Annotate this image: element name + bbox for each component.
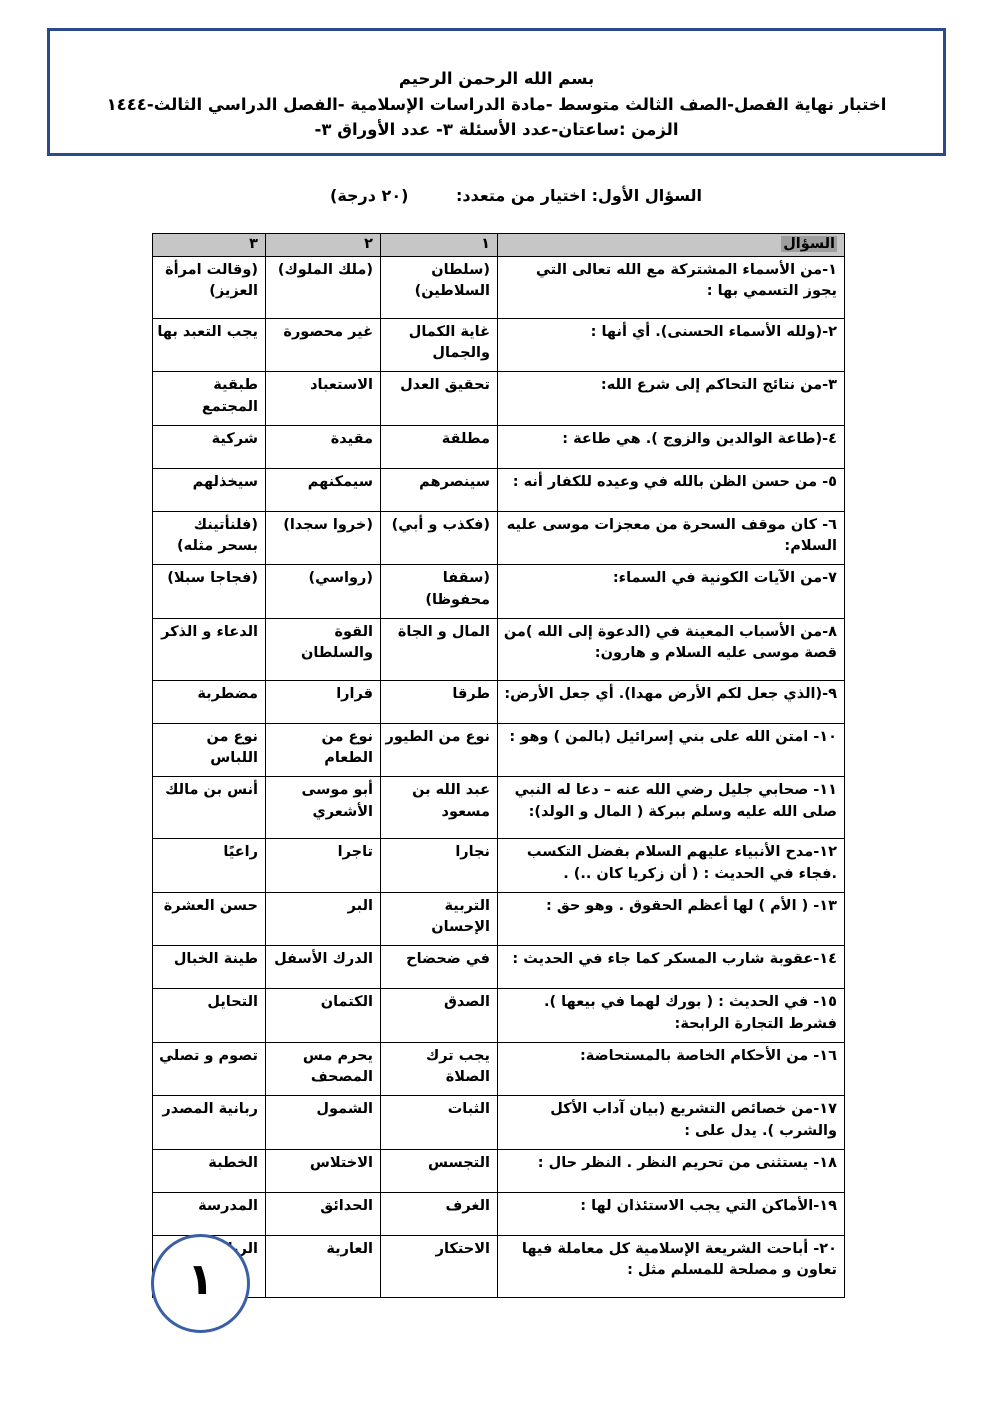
question-row: ٤-(طاعة الوالدين والزوج ). هي طاعة : مطل… <box>153 425 845 468</box>
column-header-question: السؤال <box>498 234 845 257</box>
question-cell: ٢٠- أباحت الشريعة الإسلامية كل معاملة في… <box>498 1235 845 1297</box>
question-cell: ٨-من الأسباب المعينة في (الدعوة إلى الله… <box>498 618 845 680</box>
question-cell: ١٩-الأماكن التي يجب الاستئذان لها : <box>498 1192 845 1235</box>
basmala-line: بسم الله الرحمن الرحيم <box>399 66 594 92</box>
question-row: ١٥- في الحديث : ( بورك لهما في بيعها ). … <box>153 989 845 1043</box>
option-1-cell: عبد الله بن مسعود <box>381 777 498 839</box>
question-row: ٨-من الأسباب المعينة في (الدعوة إلى الله… <box>153 618 845 680</box>
question-cell: ١-من الأسماء المشتركة مع الله تعالى التي… <box>498 256 845 318</box>
question-row: ١١- صحابي جليل رضي الله عنه – دعا له الن… <box>153 777 845 839</box>
option-3-cell: (فلنأتينك بسحر مثله) <box>153 511 266 565</box>
question-row: ١-من الأسماء المشتركة مع الله تعالى التي… <box>153 256 845 318</box>
option-3-cell: حسن العشرة <box>153 892 266 946</box>
option-1-cell: الاحتكار <box>381 1235 498 1297</box>
option-2-cell: الاستعباد <box>266 372 381 426</box>
option-1-cell: طرقا <box>381 680 498 723</box>
option-2-cell: (ملك الملوك) <box>266 256 381 318</box>
question-row: ١٨- يستثنى من تحريم النظر . النظر حال : … <box>153 1149 845 1192</box>
option-2-cell: القوة والسلطان <box>266 618 381 680</box>
question-cell: ١٠- امتن الله على بني إسرائيل (بالمن ) و… <box>498 723 845 777</box>
option-2-cell: (رواسي) <box>266 565 381 619</box>
option-2-cell: قرارا <box>266 680 381 723</box>
option-1-cell: الغرف <box>381 1192 498 1235</box>
option-2-cell: يحرم مس المصحف <box>266 1042 381 1096</box>
option-3-cell: راعيًا <box>153 839 266 893</box>
option-3-cell: (فجاجا سبلا) <box>153 565 266 619</box>
section-title-row: السؤال الأول: اختيار من متعدد: (٢٠ درجة) <box>330 186 702 205</box>
question-row: ١٦- من الأحكام الخاصة بالمستحاضة: يجب تر… <box>153 1042 845 1096</box>
option-2-cell: الكتمان <box>266 989 381 1043</box>
option-3-cell: نوع من اللباس <box>153 723 266 777</box>
question-cell: ٦- كان موقف السحرة من معجزات موسى عليه ا… <box>498 511 845 565</box>
option-1-cell: المال و الجاة <box>381 618 498 680</box>
option-1-cell: (سقفا محفوظا) <box>381 565 498 619</box>
option-2-cell: الدرك الأسفل <box>266 946 381 989</box>
question-row: ٥- من حسن الظن بالله في وعيده للكفار أنه… <box>153 468 845 511</box>
option-1-cell: التجسس <box>381 1149 498 1192</box>
option-1-cell: (سلطان السلاطين) <box>381 256 498 318</box>
question-row: ٢٠- أباحت الشريعة الإسلامية كل معاملة في… <box>153 1235 845 1297</box>
option-2-cell: (خروا سجدا) <box>266 511 381 565</box>
question-cell: ١٧-من خصائص التشريع (بيان آداب الأكل وال… <box>498 1096 845 1150</box>
question-cell: ٣-من نتائج التحاكم إلى شرع الله: <box>498 372 845 426</box>
question-row: ١٠- امتن الله على بني إسرائيل (بالمن ) و… <box>153 723 845 777</box>
option-3-cell: (وقالت امرأة العزيز) <box>153 256 266 318</box>
question-cell: ٥- من حسن الظن بالله في وعيده للكفار أنه… <box>498 468 845 511</box>
question-cell: ١١- صحابي جليل رضي الله عنه – دعا له الن… <box>498 777 845 839</box>
option-3-cell: سيخذلهم <box>153 468 266 511</box>
option-2-cell: الاختلاس <box>266 1149 381 1192</box>
option-1-cell: تحقيق العدل <box>381 372 498 426</box>
option-1-cell: الصدق <box>381 989 498 1043</box>
option-3-cell: يجب التعبد بها <box>153 318 266 372</box>
column-header-option-2: ٢ <box>266 234 381 257</box>
option-3-cell: التحايل <box>153 989 266 1043</box>
option-3-cell: تصوم و تصلي <box>153 1042 266 1096</box>
option-2-cell: أبو موسى الأشعري <box>266 777 381 839</box>
question-cell: ١٢-مدح الأنبياء عليهم السلام بفضل التكسب… <box>498 839 845 893</box>
option-1-cell: التربية الإحسان <box>381 892 498 946</box>
option-3-cell: أنس بن مالك <box>153 777 266 839</box>
question-cell: ١٤-عقوبة شارب المسكر كما جاء في الحديث : <box>498 946 845 989</box>
option-3-cell: شركية <box>153 425 266 468</box>
option-3-cell: المدرسة <box>153 1192 266 1235</box>
option-1-cell: نجارا <box>381 839 498 893</box>
option-3-cell: الخطبة <box>153 1149 266 1192</box>
option-2-cell: نوع من الطعام <box>266 723 381 777</box>
exam-header-box: بسم الله الرحمن الرحيم اختبار نهاية الفص… <box>47 28 946 156</box>
page-number-circle: ١ <box>151 1234 250 1333</box>
option-2-cell: الحدائق <box>266 1192 381 1235</box>
option-1-cell: في ضحضاح <box>381 946 498 989</box>
exam-title-line: اختبار نهاية الفصل-الصف الثالث متوسط -ما… <box>107 92 887 118</box>
option-2-cell: الشمول <box>266 1096 381 1150</box>
option-3-cell: ربانية المصدر <box>153 1096 266 1150</box>
option-1-cell: مطلقة <box>381 425 498 468</box>
option-3-cell: طينة الخبال <box>153 946 266 989</box>
option-1-cell: نوع من الطيور <box>381 723 498 777</box>
question-row: ١٧-من خصائص التشريع (بيان آداب الأكل وال… <box>153 1096 845 1150</box>
exam-meta-line: الزمن :ساعتان-عدد الأسئلة ٣- عدد الأوراق… <box>315 117 679 143</box>
option-2-cell: تاجرا <box>266 839 381 893</box>
option-2-cell: البر <box>266 892 381 946</box>
option-1-cell: يجب ترك الصلاة <box>381 1042 498 1096</box>
option-3-cell: طبقية المجتمع <box>153 372 266 426</box>
option-2-cell: مقيدة <box>266 425 381 468</box>
question-row: ٢-(ولله الأسماء الحسنى). أي أنها : غاية … <box>153 318 845 372</box>
question-row: ٧-من الآيات الكونية في السماء: (سقفا محف… <box>153 565 845 619</box>
question-cell: ٢-(ولله الأسماء الحسنى). أي أنها : <box>498 318 845 372</box>
question-row: ١٣- ( الأم ) لها أعظم الحقوق . وهو حق : … <box>153 892 845 946</box>
option-2-cell: غير محصورة <box>266 318 381 372</box>
question-cell: ٤-(طاعة الوالدين والزوج ). هي طاعة : <box>498 425 845 468</box>
option-3-cell: مضطربة <box>153 680 266 723</box>
question-cell: ١٨- يستثنى من تحريم النظر . النظر حال : <box>498 1149 845 1192</box>
question-row: ٣-من نتائج التحاكم إلى شرع الله: تحقيق ا… <box>153 372 845 426</box>
table-header-row: السؤال ١ ٢ ٣ <box>153 234 845 257</box>
question-row: ١٤-عقوبة شارب المسكر كما جاء في الحديث :… <box>153 946 845 989</box>
question-cell: ٩-(الذي جعل لكم الأرض مهدا). أي جعل الأر… <box>498 680 845 723</box>
option-1-cell: سينصرهم <box>381 468 498 511</box>
question-one-title: السؤال الأول: اختيار من متعدد: <box>456 186 702 205</box>
column-header-option-1: ١ <box>381 234 498 257</box>
option-1-cell: الثبات <box>381 1096 498 1150</box>
exam-page: بسم الله الرحمن الرحيم اختبار نهاية الفص… <box>0 0 992 1403</box>
option-2-cell: العارية <box>266 1235 381 1297</box>
question-one-points: (٢٠ درجة) <box>330 186 408 205</box>
option-1-cell: غاية الكمال والجمال <box>381 318 498 372</box>
question-row: ١٩-الأماكن التي يجب الاستئذان لها : الغر… <box>153 1192 845 1235</box>
option-2-cell: سيمكنهم <box>266 468 381 511</box>
mcq-table: السؤال ١ ٢ ٣ ١-من الأسماء المشتركة مع ال… <box>152 233 845 1298</box>
question-cell: ١٣- ( الأم ) لها أعظم الحقوق . وهو حق : <box>498 892 845 946</box>
question-row: ٩-(الذي جعل لكم الأرض مهدا). أي جعل الأر… <box>153 680 845 723</box>
option-3-cell: الدعاء و الذكر <box>153 618 266 680</box>
column-header-option-3: ٣ <box>153 234 266 257</box>
question-cell: ٧-من الآيات الكونية في السماء: <box>498 565 845 619</box>
question-cell: ١٥- في الحديث : ( بورك لهما في بيعها ). … <box>498 989 845 1043</box>
question-row: ٦- كان موقف السحرة من معجزات موسى عليه ا… <box>153 511 845 565</box>
option-1-cell: (فكذب و أبي) <box>381 511 498 565</box>
page-number: ١ <box>187 1254 214 1305</box>
question-cell: ١٦- من الأحكام الخاصة بالمستحاضة: <box>498 1042 845 1096</box>
question-row: ١٢-مدح الأنبياء عليهم السلام بفضل التكسب… <box>153 839 845 893</box>
